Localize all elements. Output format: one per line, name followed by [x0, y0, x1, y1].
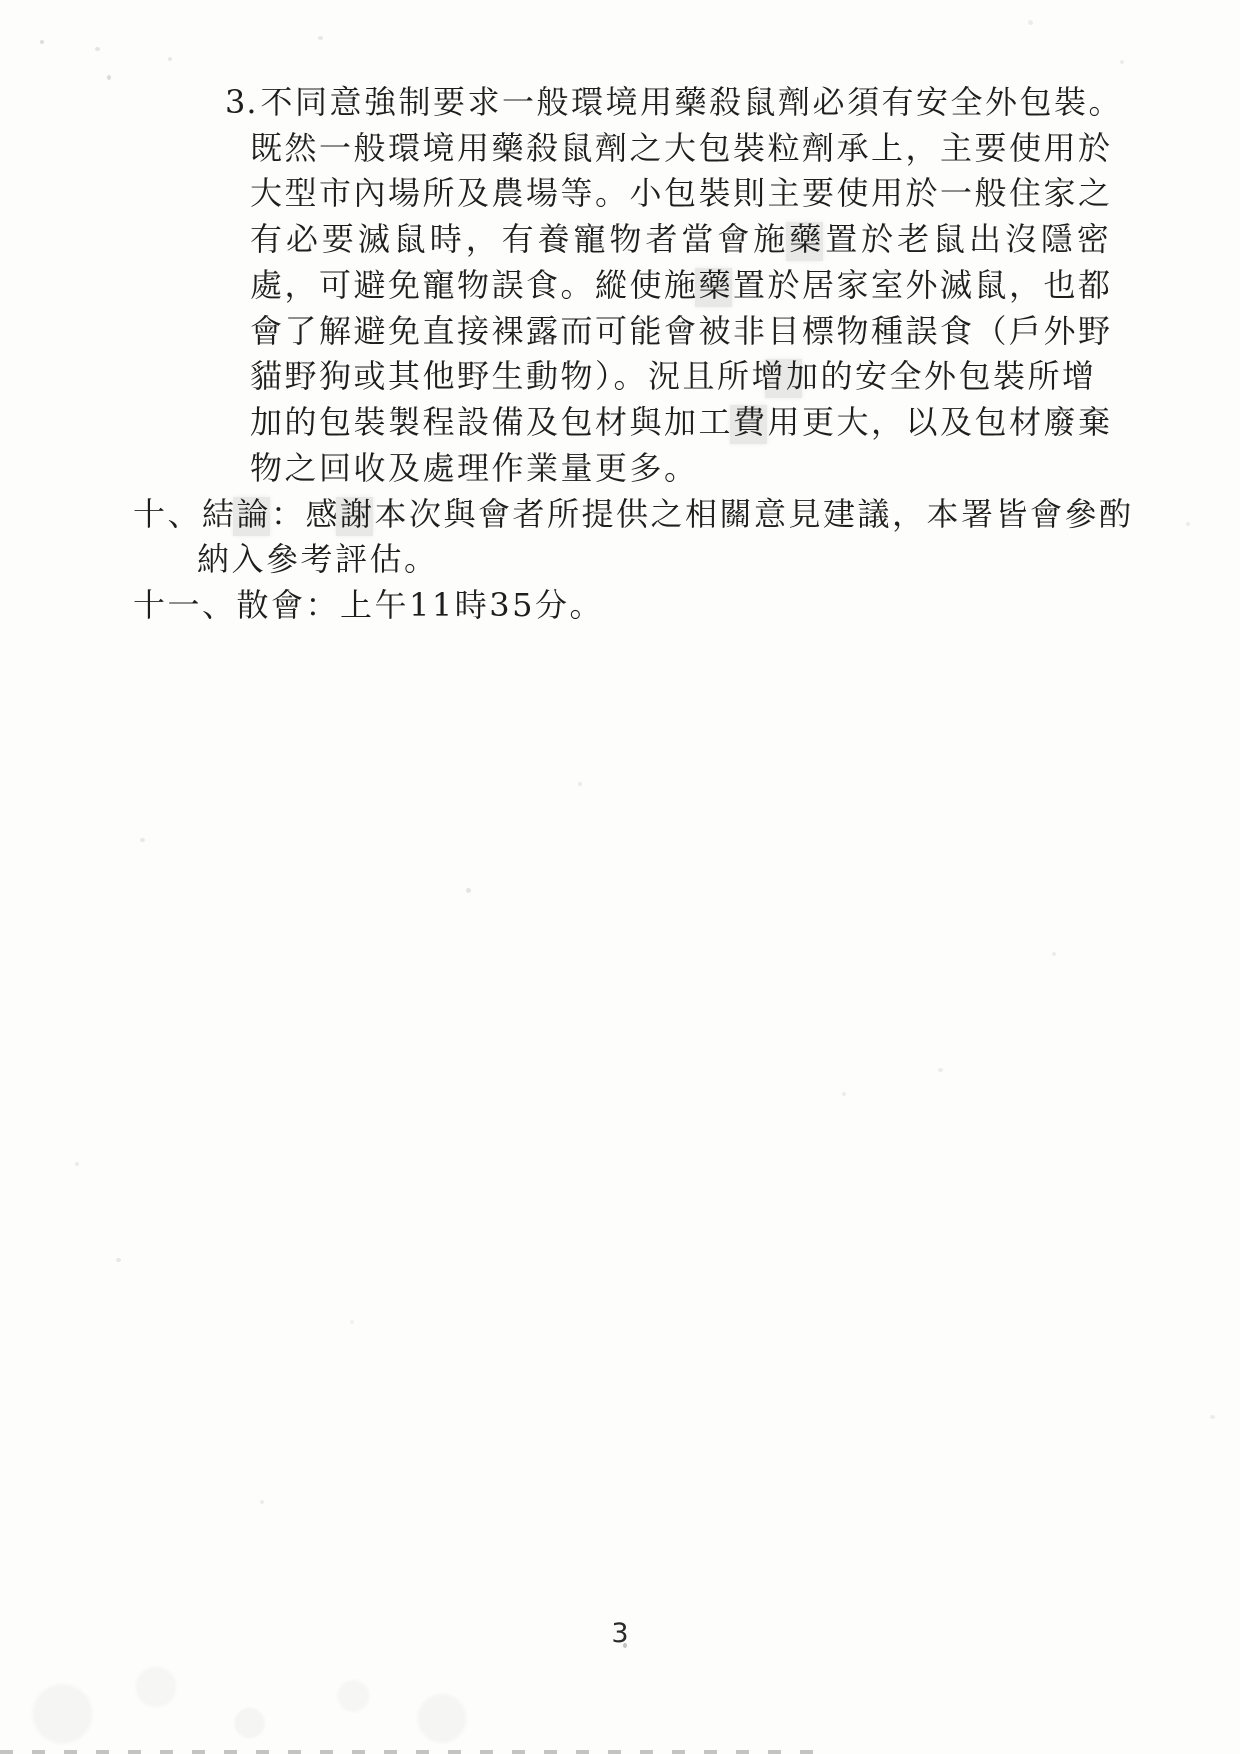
item3-line: 3.不同意強制要求一般環境用藥殺鼠劑必須有安全外包裝。	[225, 82, 1123, 122]
page-number: 3	[560, 1618, 680, 1649]
scan-speckle	[1186, 522, 1190, 526]
scan-speckle	[578, 782, 582, 786]
scan-speckle	[40, 40, 44, 44]
scan-speckle	[260, 1500, 264, 1504]
item3-number: 3.	[225, 83, 261, 121]
scan-speckle	[466, 888, 471, 893]
scan-speckle	[140, 838, 145, 842]
item3-line: 大型市內場所及農場等。小包裝則主要使用於一般住家之	[250, 173, 1113, 213]
item3-line: 既然一般環境用藥殺鼠劑之大包裝粒劑承上，主要使用於	[250, 128, 1113, 168]
scan-speckle	[318, 36, 323, 40]
scan-speckle	[350, 1320, 354, 1324]
scan-speckle	[95, 47, 100, 51]
item3-line: 物之回收及處理作業量更多。	[250, 448, 699, 488]
scan-speckle	[1052, 952, 1056, 956]
scan-speckle	[1120, 60, 1124, 64]
item3-line: 處，可避免寵物誤食。縱使施藥置於居家室外滅鼠，也都	[250, 265, 1113, 305]
scan-speckle	[623, 1643, 627, 1648]
item3-line: 加的包裝製程設備及包材與加工費用更大，以及包材廢棄	[250, 402, 1113, 442]
conclusion-line: 十、結論：感謝本次與會者所提供之相關意見建議，本署皆會參酌	[133, 494, 1134, 534]
item3-line: 貓野狗或其他野生動物）。況且所增加的安全外包裝所增	[250, 356, 1097, 396]
scan-edge-artifact	[0, 1750, 830, 1754]
conclusion-line: 納入參考評估。	[197, 539, 439, 579]
adjournment-line: 十一、散會：上午11時35分。	[133, 585, 604, 625]
scan-speckle	[75, 1162, 79, 1166]
scan-speckle	[168, 57, 172, 61]
item3-line: 會了解避免直接裸露而可能會被非目標物種誤食（戶外野	[250, 311, 1113, 351]
item3-line: 有必要滅鼠時，有養寵物者當會施藥置於老鼠出沒隱密	[250, 219, 1113, 259]
document-page: 3.不同意強制要求一般環境用藥殺鼠劑必須有安全外包裝。 既然一般環境用藥殺鼠劑之…	[0, 0, 1240, 1754]
scan-speckle	[1028, 20, 1033, 25]
scan-speckle	[842, 1092, 846, 1096]
scan-mottle-artifact	[0, 1660, 520, 1750]
scan-speckle	[116, 1258, 121, 1262]
scan-speckle	[938, 1068, 943, 1072]
scan-speckle	[1210, 1415, 1215, 1419]
item3-line-text: 不同意強制要求一般環境用藥殺鼠劑必須有安全外包裝。	[261, 83, 1124, 121]
scan-speckle	[107, 75, 111, 80]
